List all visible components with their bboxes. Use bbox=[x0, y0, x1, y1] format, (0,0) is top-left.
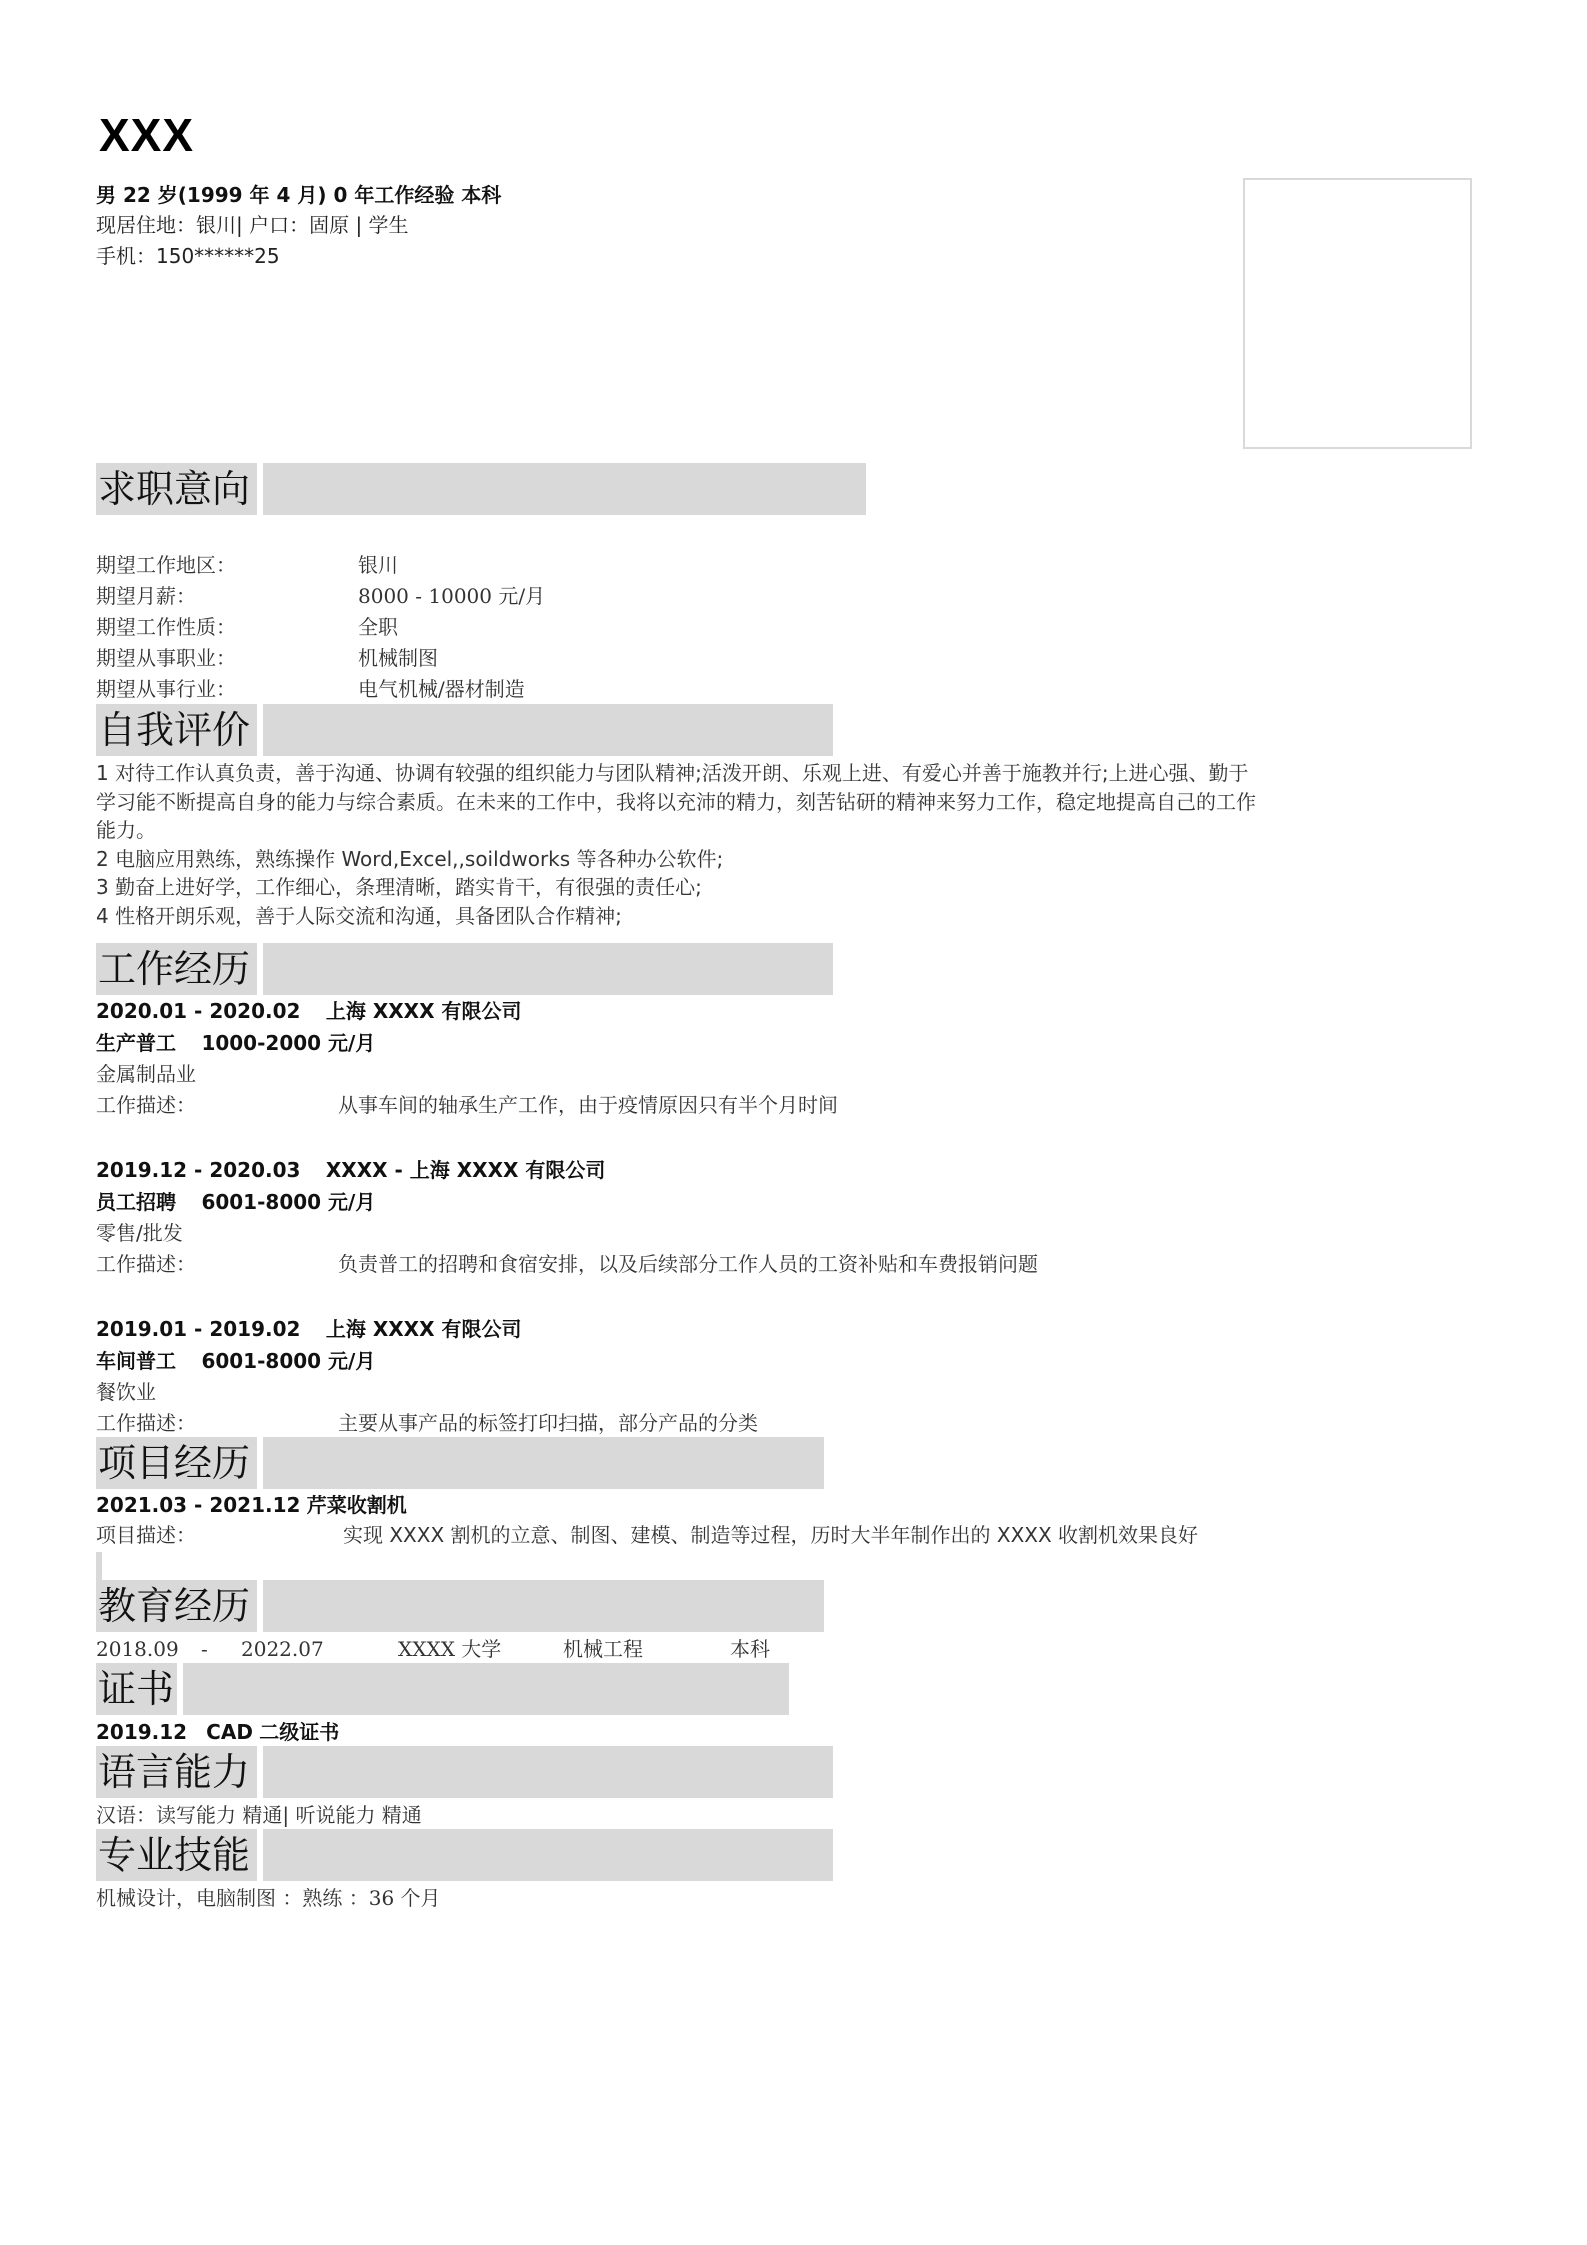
photo-placeholder bbox=[1243, 178, 1472, 449]
job-description: 工作描述： 从事车间的轴承生产工作，由于疫情原因只有半个月时间 bbox=[96, 1090, 196, 1120]
job-period: 2020.01 - 2020.02 bbox=[96, 999, 300, 1023]
section-band-fill bbox=[263, 1829, 833, 1881]
job-industry: 餐饮业 bbox=[96, 1377, 156, 1407]
cert-name: 二级证书 bbox=[259, 1720, 339, 1744]
row-value: 全职 bbox=[358, 612, 398, 642]
self-evaluation-line: 4 性格开朗乐观，善于人际交流和沟通，具备团队合作精神; bbox=[96, 902, 1496, 931]
self-evaluation-text: 1 对待工作认真负责，善于沟通、协调有较强的组织能力与团队精神;活泼开朗、乐观上… bbox=[96, 759, 1496, 930]
certificate-row: 2019.12 CAD 二级证书 bbox=[96, 1717, 339, 1747]
project-period: 2021.03 - 2021.12 bbox=[96, 1493, 300, 1517]
job-position: 生产普工 1000-2000 元/月 bbox=[96, 1028, 375, 1058]
job-company: 上海 XXXX 有限公司 bbox=[326, 999, 522, 1023]
section-band-fill bbox=[263, 1746, 833, 1798]
edu-sep: - bbox=[201, 1634, 208, 1664]
job-company: XXXX - 上海 XXXX 有限公司 bbox=[326, 1158, 606, 1182]
section-band-fill bbox=[263, 704, 833, 756]
job-title: 员工招聘 bbox=[96, 1190, 176, 1214]
job-header: 2019.12 - 2020.03 XXXX - 上海 XXXX 有限公司 bbox=[96, 1155, 605, 1185]
decorative-bar bbox=[96, 1552, 102, 1580]
desc-label: 工作描述： bbox=[96, 1249, 196, 1279]
self-evaluation-line: 2 电脑应用熟练，熟练操作 Word,Excel,,soildworks 等各种… bbox=[96, 845, 1496, 874]
project-description: 项目描述： 实现 XXXX 割机的立意、制图、建模、制造等过程，历时大半年制作出… bbox=[96, 1520, 196, 1550]
section-band-fill bbox=[183, 1663, 789, 1715]
row-label: 期望工作地区： bbox=[96, 550, 236, 580]
edu-major: 机械工程 bbox=[563, 1634, 643, 1664]
section-band-fill bbox=[263, 1580, 824, 1632]
job-period: 2019.12 - 2020.03 bbox=[96, 1158, 300, 1182]
job-salary: 6001-8000 元/月 bbox=[201, 1349, 375, 1373]
self-evaluation-line: 1 对待工作认真负责，善于沟通、协调有较强的组织能力与团队精神;活泼开朗、乐观上… bbox=[96, 759, 1496, 788]
desc-value: 从事车间的轴承生产工作，由于疫情原因只有半个月时间 bbox=[338, 1090, 838, 1120]
job-position: 员工招聘 6001-8000 元/月 bbox=[96, 1187, 375, 1217]
job-title: 车间普工 bbox=[96, 1349, 176, 1373]
job-position: 车间普工 6001-8000 元/月 bbox=[96, 1346, 375, 1376]
job-period: 2019.01 - 2019.02 bbox=[96, 1317, 300, 1341]
section-title: 工作经历 bbox=[96, 943, 257, 995]
desc-label: 工作描述： bbox=[96, 1090, 196, 1120]
candidate-phone: 手机：150******25 bbox=[96, 241, 280, 271]
job-intent-row: 期望工作地区： 银川 bbox=[96, 550, 236, 580]
job-title: 生产普工 bbox=[96, 1031, 176, 1055]
candidate-residence: 现居住地：银川| 户口：固原 | 学生 bbox=[96, 210, 409, 240]
section-title: 语言能力 bbox=[96, 1746, 257, 1798]
row-label: 期望月薪： bbox=[96, 581, 196, 611]
row-label: 期望从事职业： bbox=[96, 643, 236, 673]
edu-start: 2018.09 bbox=[96, 1637, 179, 1661]
candidate-summary: 男 22 岁(1999 年 4 月) 0 年工作经验 本科 bbox=[96, 180, 501, 210]
section-band-fill bbox=[263, 463, 866, 515]
section-title: 项目经历 bbox=[96, 1437, 257, 1489]
job-description: 工作描述： 负责普工的招聘和食宿安排，以及后续部分工作人员的工资补贴和车费报销问… bbox=[96, 1249, 196, 1279]
edu-school: XXXX 大学 bbox=[398, 1634, 501, 1664]
job-intent-row: 期望从事行业： 电气机械/器材制造 bbox=[96, 674, 236, 704]
job-header: 2019.01 - 2019.02 上海 XXXX 有限公司 bbox=[96, 1314, 521, 1344]
job-company: 上海 XXXX 有限公司 bbox=[326, 1317, 522, 1341]
job-intent-row: 期望从事职业： 机械制图 bbox=[96, 643, 236, 673]
job-intent-row: 期望月薪： 8000 - 10000 元/月 bbox=[96, 581, 196, 611]
desc-value: 负责普工的招聘和食宿安排，以及后续部分工作人员的工资补贴和车费报销问题 bbox=[338, 1249, 1038, 1279]
language-row: 汉语：读写能力 精通| 听说能力 精通 bbox=[96, 1800, 422, 1830]
cert-date: 2019.12 bbox=[96, 1720, 187, 1744]
project-header: 2021.03 - 2021.12 芹菜收割机 bbox=[96, 1490, 407, 1520]
job-salary: 1000-2000 元/月 bbox=[201, 1031, 375, 1055]
desc-value: 主要从事产品的标签打印扫描，部分产品的分类 bbox=[338, 1408, 758, 1438]
row-value: 8000 - 10000 元/月 bbox=[358, 581, 545, 611]
edu-degree: 本科 bbox=[730, 1634, 770, 1664]
section-title: 求职意向 bbox=[96, 463, 257, 515]
job-intent-row: 期望工作性质： 全职 bbox=[96, 612, 236, 642]
section-title: 自我评价 bbox=[96, 704, 257, 756]
row-value: 电气机械/器材制造 bbox=[358, 674, 525, 704]
desc-label: 项目描述： bbox=[96, 1520, 196, 1550]
candidate-name: XXX bbox=[99, 108, 194, 162]
cert-name-en: CAD bbox=[206, 1720, 253, 1744]
desc-value: 实现 XXXX 割机的立意、制图、建模、制造等过程，历时大半年制作出的 XXXX… bbox=[343, 1520, 1198, 1550]
section-title: 证书 bbox=[96, 1663, 177, 1715]
job-header: 2020.01 - 2020.02 上海 XXXX 有限公司 bbox=[96, 996, 521, 1026]
row-label: 期望工作性质： bbox=[96, 612, 236, 642]
desc-label: 工作描述： bbox=[96, 1408, 196, 1438]
row-value: 银川 bbox=[358, 550, 398, 580]
self-evaluation-line: 学习能不断提高自身的能力与综合素质。在未来的工作中，我将以充沛的精力，刻苦钻研的… bbox=[96, 788, 1496, 817]
project-name: 芹菜收割机 bbox=[307, 1493, 407, 1517]
job-industry: 金属制品业 bbox=[96, 1059, 196, 1089]
education-row: 2018.09 - 2022.07 XXXX 大学 机械工程 本科 bbox=[96, 1634, 179, 1664]
job-industry: 零售/批发 bbox=[96, 1218, 183, 1248]
row-label: 期望从事行业： bbox=[96, 674, 236, 704]
section-band-fill bbox=[263, 1437, 824, 1489]
job-description: 工作描述： 主要从事产品的标签打印扫描，部分产品的分类 bbox=[96, 1408, 196, 1438]
job-salary: 6001-8000 元/月 bbox=[201, 1190, 375, 1214]
section-band-fill bbox=[263, 943, 833, 995]
section-title: 专业技能 bbox=[96, 1829, 257, 1881]
skill-row: 机械设计，电脑制图 ：熟练 ：36 个月 bbox=[96, 1883, 441, 1913]
edu-end: 2022.07 bbox=[241, 1634, 324, 1664]
self-evaluation-line: 3 勤奋上进好学，工作细心，条理清晰，踏实肯干，有很强的责任心; bbox=[96, 873, 1496, 902]
section-title: 教育经历 bbox=[96, 1580, 257, 1632]
self-evaluation-line: 能力。 bbox=[96, 816, 1496, 845]
row-value: 机械制图 bbox=[358, 643, 438, 673]
